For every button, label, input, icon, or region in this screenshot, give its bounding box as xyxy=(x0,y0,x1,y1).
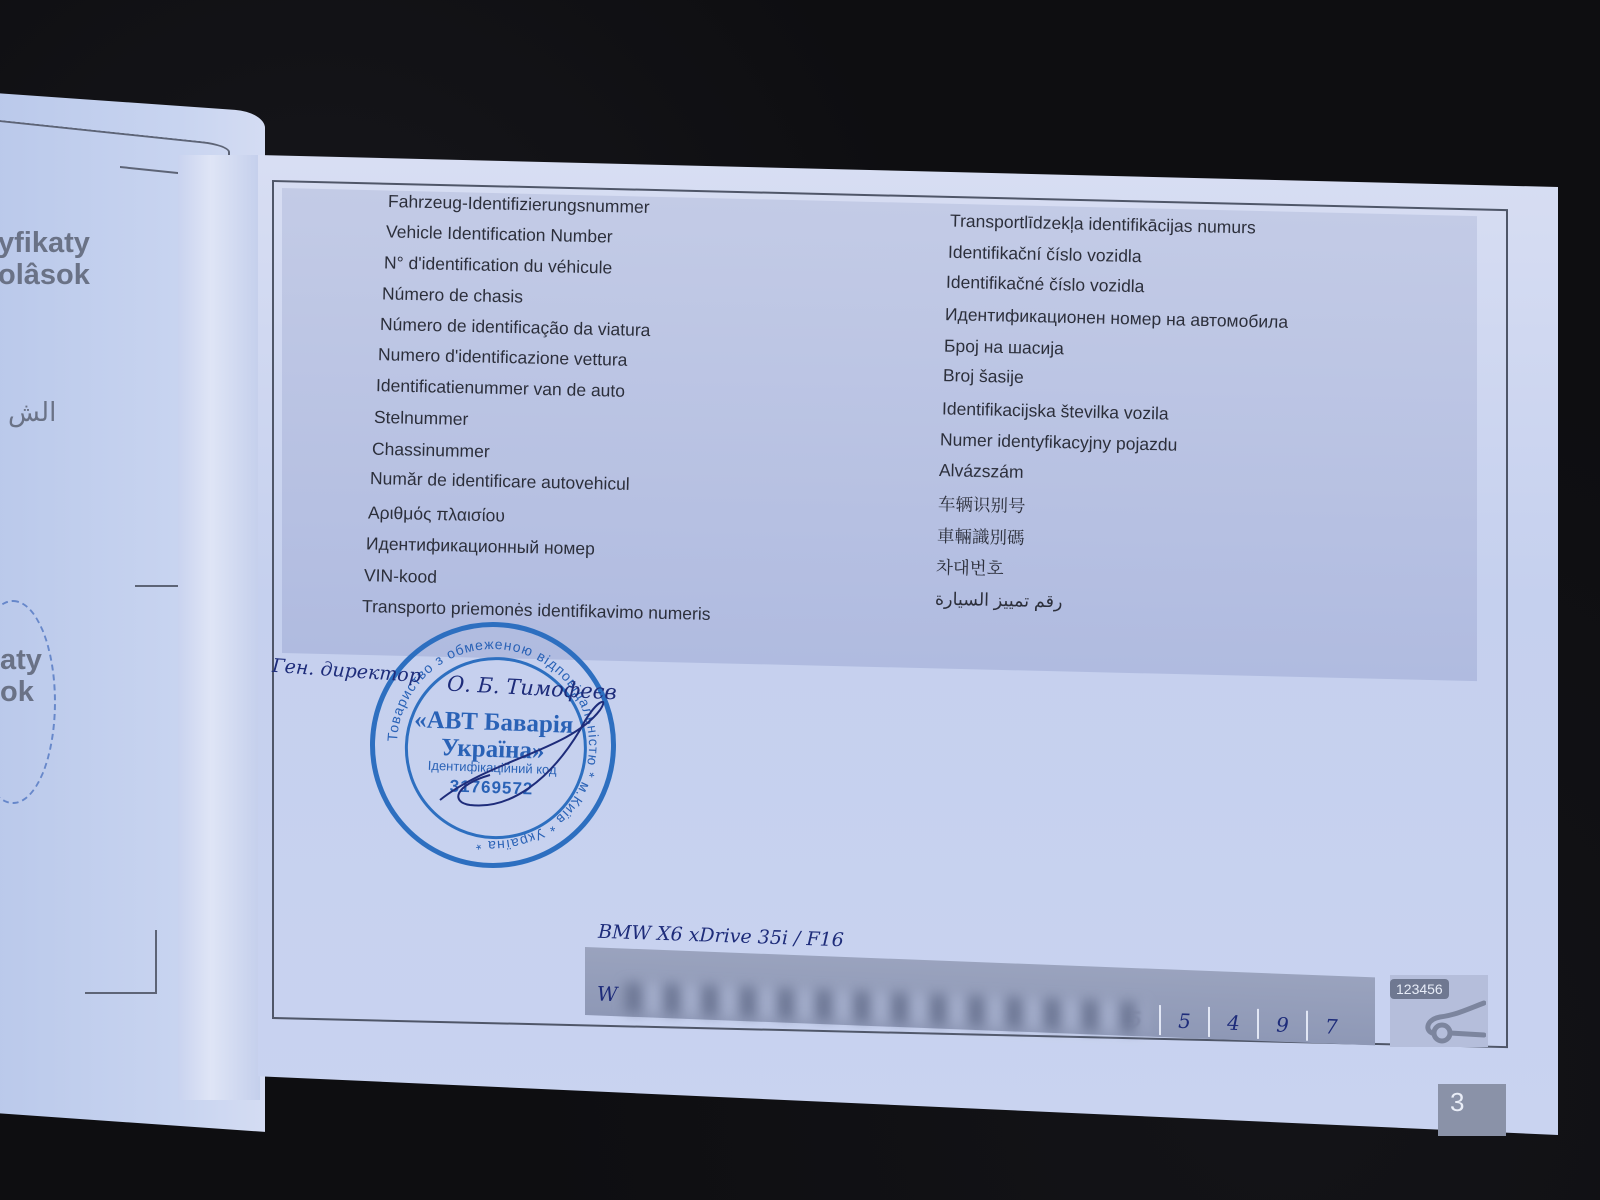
vin-label: Αριθμός πλαισίου xyxy=(368,502,505,526)
vin-label: Broj šasije xyxy=(943,365,1024,388)
vin-label: Identifikačné číslo vozidla xyxy=(946,272,1145,297)
vin-label: Chassinummer xyxy=(372,439,490,463)
left-page-corner-bottom xyxy=(85,930,157,994)
vin-visible-digits: 5 5 4 9 7 xyxy=(1112,1003,1355,1042)
vin-first-char: W xyxy=(597,981,618,1006)
book-spine xyxy=(178,155,260,1100)
id-badge-number: 123456 xyxy=(1390,979,1449,999)
vin-label: Број на шасија xyxy=(944,336,1064,360)
vin-label: 車輛識別碼 xyxy=(937,523,1025,550)
signature-scribble xyxy=(430,690,630,830)
vin-label: 차대번호 xyxy=(936,554,1004,581)
vin-digit: 4 xyxy=(1208,1007,1257,1039)
vin-digit: 5 xyxy=(1159,1005,1208,1037)
vin-digit: 5 xyxy=(1112,1003,1159,1035)
vin-label: Alvázszám xyxy=(939,460,1024,483)
vin-label: VIN-kood xyxy=(364,565,437,588)
car-lift-icon xyxy=(1420,997,1486,1045)
page-number: 3 xyxy=(1438,1084,1506,1136)
vin-label: Número de chasis xyxy=(382,283,523,307)
vin-digit: 9 xyxy=(1257,1009,1306,1041)
id-badge: 123456 xyxy=(1390,975,1488,1047)
vin-label: Stelnummer xyxy=(374,407,469,430)
vin-label: 车辆识别号 xyxy=(938,491,1026,518)
vin-label: رقم تمييز السيارة xyxy=(935,589,1063,613)
vin-digit: 7 xyxy=(1306,1011,1355,1043)
vin-label: Identifikační číslo vozidla xyxy=(948,242,1142,267)
